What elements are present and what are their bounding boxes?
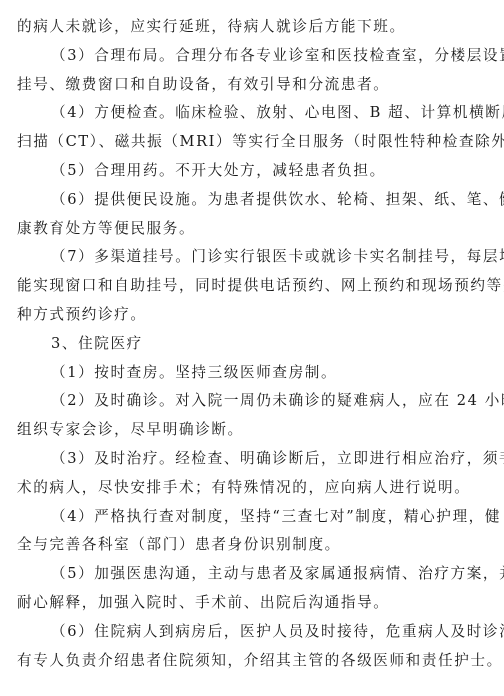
text-line: （6）住院病人到病房后，医护人员及时接待，危重病人及时诊治。: [17, 618, 479, 647]
text-line: 能实现窗口和自助挂号，同时提供电话预约、网上预约和现场预约等多: [17, 272, 479, 301]
text-line: 的病人未就诊，应实行延班，待病人就诊后方能下班。: [17, 13, 479, 42]
text-line: 挂号、缴费窗口和自助设备，有效引导和分流患者。: [17, 71, 479, 100]
text-line: （2）及时确诊。对入院一周仍未确诊的疑难病人，应在 24 小时内: [17, 387, 479, 416]
text-line: 术的病人，尽快安排手术；有特殊情况的，应向病人进行说明。: [17, 474, 479, 503]
text-line: （4）严格执行查对制度，坚持“三查七对”制度，精心护理，健: [17, 503, 479, 532]
text-line: 扫描（CT）、磁共振（MRI）等实行全日服务（时限性特种检查除外）。: [17, 128, 479, 157]
text-line: （6）提供便民设施。为患者提供饮水、轮椅、担架、纸、笔、健: [17, 186, 479, 215]
text-line: （7）多渠道挂号。门诊实行银医卡或就诊卡实名制挂号，每层均: [17, 243, 479, 272]
text-line: 全与完善各科室（部门）患者身份识别制度。: [17, 531, 479, 560]
text-line: （5）加强医患沟通，主动与患者及家属通报病情、治疗方案，并: [17, 560, 479, 589]
text-line: （5）合理用药。不开大处方，减轻患者负担。: [17, 157, 479, 186]
text-line: （3）合理布局。合理分布各专业诊室和医技检查室，分楼层设置: [17, 42, 479, 71]
text-line: 耐心解释，加强入院时、手术前、出院后沟通指导。: [17, 589, 479, 618]
document-page: 的病人未就诊，应实行延班，待病人就诊后方能下班。 （3）合理布局。合理分布各专业…: [17, 13, 479, 675]
text-line: 种方式预约诊疗。: [17, 301, 479, 330]
text-line: （4）方便检查。临床检验、放射、心电图、B 超、计算机横断层: [17, 99, 479, 128]
text-line: （3）及时治疗。经检查、明确诊断后，立即进行相应治疗，须手: [17, 445, 479, 474]
section-heading: 3、住院医疗: [17, 330, 479, 359]
text-line: 康教育处方等便民服务。: [17, 215, 479, 244]
text-line: 组织专家会诊，尽早明确诊断。: [17, 416, 479, 445]
text-line: （1）按时查房。坚持三级医师查房制。: [17, 359, 479, 388]
text-line: 有专人负责介绍患者住院须知，介绍其主管的各级医师和责任护士。: [17, 647, 479, 676]
